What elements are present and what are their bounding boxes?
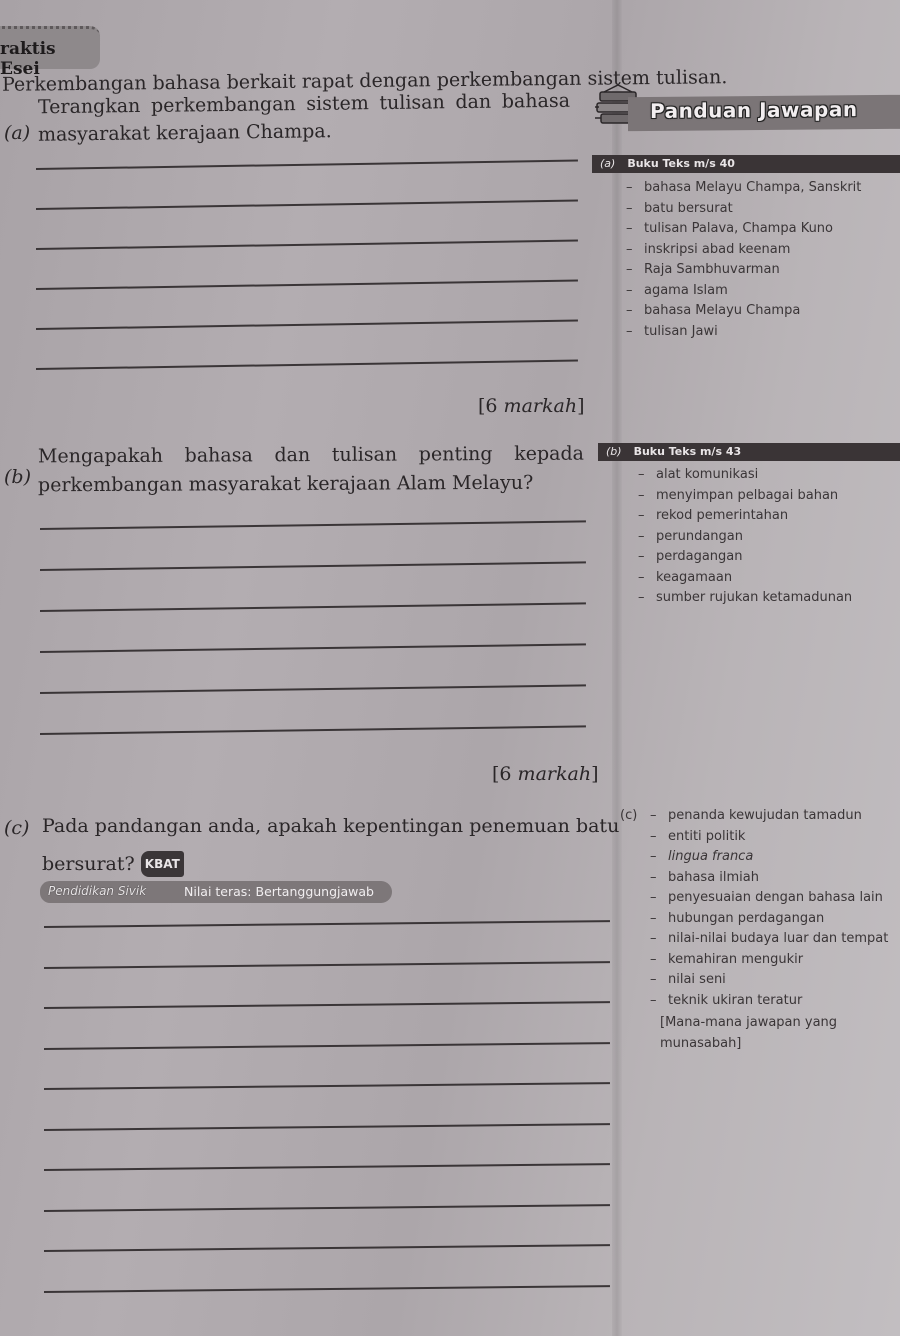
answer-b-item: –sumber rujukan ketamadunan	[638, 588, 852, 609]
dash-bullet: –	[626, 178, 644, 199]
answer-a-item: –Raja Sambhuvarman	[626, 260, 861, 281]
dash-bullet: –	[638, 506, 656, 527]
answer-c-item: –hubungan perdagangan	[650, 909, 888, 930]
answer-b-item-text: menyimpan pelbagai bahan	[656, 488, 838, 503]
question-b-text-line1: Mengapakahbahasadantulisanpentingkepada	[38, 442, 584, 469]
dash-bullet: –	[650, 868, 668, 889]
answer-line[interactable]	[36, 359, 578, 369]
answer-section-c-tag: (c)	[620, 806, 637, 827]
answer-a-item: –inskripsi abad keenam	[626, 240, 861, 261]
dash-bullet: –	[638, 547, 656, 568]
answer-c-item-text: nilai-nilai budaya luar dan tempat	[668, 931, 888, 946]
answer-b-item: –rekod pemerintahan	[638, 506, 852, 527]
answer-c-item: –penanda kewujudan tamadun	[650, 806, 888, 827]
answer-a-item-text: batu bersurat	[644, 201, 733, 216]
question-a-marks: [6 markah]	[478, 395, 584, 417]
answer-a-item-text: Raja Sambhuvarman	[644, 262, 780, 277]
answer-line[interactable]	[44, 1204, 610, 1211]
answer-a-item: –bahasa Melayu Champa, Sanskrit	[626, 178, 861, 199]
question-a-word: tulisan	[379, 90, 445, 115]
dash-bullet: –	[650, 991, 668, 1012]
question-a-label: (a)	[4, 121, 30, 145]
answer-section-b-tag: (b)	[606, 445, 622, 458]
answer-line[interactable]	[44, 920, 610, 927]
question-a-text-line1: Terangkanperkembangansistemtulisandanbah…	[38, 89, 570, 119]
dash-bullet: –	[626, 301, 644, 322]
question-c-text-line1: Pada pandangan anda, apakah kepentingan …	[42, 814, 619, 838]
dash-bullet: –	[638, 527, 656, 548]
answer-b-item: –keagamaan	[638, 568, 852, 589]
question-b-word: bahasa	[185, 443, 253, 467]
answer-guide-header: Panduan Jawapan	[590, 84, 900, 130]
dash-bullet: –	[626, 281, 644, 302]
answer-a-item: –batu bersurat	[626, 199, 861, 220]
page-fold-shadow	[612, 0, 622, 1336]
question-b-text-line2: perkembangan masyarakat kerajaan Alam Me…	[38, 471, 533, 498]
answer-b-item-text: sumber rujukan ketamadunan	[656, 590, 852, 605]
answer-line[interactable]	[44, 1285, 610, 1292]
answer-line[interactable]	[44, 1244, 610, 1251]
answer-b-item-text: alat komunikasi	[656, 467, 758, 482]
question-b-word: tulisan	[332, 443, 397, 467]
question-b-word: penting	[419, 442, 493, 466]
answer-line[interactable]	[44, 1123, 610, 1130]
answer-section-b-header: (b)Buku Teks m/s 43	[598, 443, 900, 461]
answer-b-item: –alat komunikasi	[638, 465, 852, 486]
dash-bullet: –	[650, 847, 668, 868]
answer-a-item: –tulisan Palava, Champa Kuno	[626, 219, 861, 240]
section-badge: raktis Esei	[0, 26, 100, 69]
question-c-line2-text: bersurat?	[42, 853, 135, 875]
dash-bullet: –	[626, 219, 644, 240]
answer-a-item: –tulisan Jawi	[626, 322, 861, 343]
answer-c-item-text: penyesuaian dengan bahasa lain	[668, 890, 883, 905]
dash-bullet: –	[626, 240, 644, 261]
answer-line[interactable]	[40, 684, 586, 693]
answer-a-item-text: tulisan Palava, Champa Kuno	[644, 221, 833, 236]
answer-c-item: –teknik ukiran teratur	[650, 991, 888, 1012]
answer-line[interactable]	[40, 643, 586, 652]
answer-b-item: –menyimpan pelbagai bahan	[638, 486, 852, 507]
answer-section-a-tag: (a)	[600, 157, 615, 170]
question-b-marks: [6 markah]	[492, 763, 598, 785]
answer-a-item-text: bahasa Melayu Champa	[644, 303, 800, 318]
answer-line[interactable]	[36, 319, 578, 329]
answer-c-note: [Mana-mana jawapan yang munasabah]	[660, 1013, 850, 1054]
answer-section-b-ref: Buku Teks m/s 43	[634, 445, 742, 458]
question-c-text-line2: bersurat? KBAT	[42, 851, 184, 877]
answer-section-a-header: (a)Buku Teks m/s 40	[592, 155, 900, 173]
answer-b-item-text: perundangan	[656, 529, 743, 544]
answer-line[interactable]	[40, 725, 586, 734]
answer-line[interactable]	[36, 279, 578, 289]
answer-a-item-text: agama Islam	[644, 283, 728, 298]
answer-line[interactable]	[40, 561, 586, 570]
answer-a-item: –agama Islam	[626, 281, 861, 302]
answer-c-item-text: entiti politik	[668, 829, 745, 844]
answer-b-item: –perdagangan	[638, 547, 852, 568]
answer-c-item: –penyesuaian dengan bahasa lain	[650, 888, 888, 909]
dash-bullet: –	[626, 199, 644, 220]
answer-a-item: –bahasa Melayu Champa	[626, 301, 861, 322]
answer-b-item: –perundangan	[638, 527, 852, 548]
answer-c-item-text: teknik ukiran teratur	[668, 993, 802, 1008]
dash-bullet: –	[650, 806, 668, 827]
question-b-word: Mengapakah	[38, 444, 163, 469]
civic-value: Nilai teras: Bertanggungjawab	[184, 884, 374, 899]
answer-c-item: –entiti politik	[650, 827, 888, 848]
answer-c-item-text: hubungan perdagangan	[668, 911, 824, 926]
answer-guide-banner: Panduan Jawapan	[628, 95, 900, 131]
answer-line[interactable]	[36, 159, 578, 169]
question-a-word: dan	[455, 90, 491, 114]
answer-c-item-text: penanda kewujudan tamadun	[668, 808, 862, 823]
answer-guide-title: Panduan Jawapan	[650, 97, 858, 123]
question-a-text-line2: masyarakat kerajaan Champa.	[38, 119, 332, 147]
answer-line[interactable]	[44, 961, 610, 968]
dash-bullet: –	[650, 827, 668, 848]
answer-line[interactable]	[44, 1082, 610, 1089]
question-c-label: (c)	[4, 816, 29, 840]
answer-a-item-text: inskripsi abad keenam	[644, 242, 790, 257]
answer-c-item-text: lingua franca	[668, 849, 753, 864]
dash-bullet: –	[626, 322, 644, 343]
dash-bullet: –	[650, 950, 668, 971]
answer-c-item: –bahasa ilmiah	[650, 868, 888, 889]
dash-bullet: –	[650, 970, 668, 991]
answer-line[interactable]	[44, 1001, 610, 1008]
answer-b-item-text: keagamaan	[656, 570, 732, 585]
answer-b-item-text: perdagangan	[656, 549, 743, 564]
answer-line[interactable]	[44, 1042, 610, 1049]
dash-bullet: –	[650, 929, 668, 950]
answer-c-item-text: kemahiran mengukir	[668, 952, 803, 967]
answer-line[interactable]	[44, 1163, 610, 1170]
answer-c-item: –nilai-nilai budaya luar dan tempat	[650, 929, 888, 950]
answer-line[interactable]	[40, 520, 586, 529]
civic-education-banner: Pendidikan Sivik Nilai teras: Bertanggun…	[40, 881, 392, 903]
dash-bullet: –	[638, 465, 656, 486]
question-a-word: sistem	[306, 91, 369, 116]
answer-a-item-text: tulisan Jawi	[644, 324, 718, 339]
answer-c-item: –kemahiran mengukir	[650, 950, 888, 971]
question-a-word: Terangkan	[38, 94, 141, 119]
answer-line[interactable]	[40, 602, 586, 611]
question-b-label: (b)	[4, 465, 31, 489]
dash-bullet: –	[626, 260, 644, 281]
answer-c-item-text: nilai seni	[668, 972, 726, 987]
answer-line[interactable]	[36, 239, 578, 249]
answer-section-a-list: –bahasa Melayu Champa, Sanskrit–batu ber…	[626, 178, 861, 342]
answer-section-a-ref: Buku Teks m/s 40	[627, 157, 735, 170]
question-b-word: dan	[274, 443, 310, 467]
dash-bullet: –	[650, 909, 668, 930]
answer-section-b-list: –alat komunikasi–menyimpan pelbagai baha…	[638, 465, 852, 609]
question-b-word: kepada	[514, 442, 584, 466]
answer-c-item: –lingua franca	[650, 847, 888, 868]
dash-bullet: –	[638, 588, 656, 609]
answer-line[interactable]	[36, 199, 578, 209]
answer-section-c-list: –penanda kewujudan tamadun–entiti politi…	[650, 806, 888, 1054]
kbat-badge: KBAT	[141, 851, 184, 877]
dash-bullet: –	[638, 486, 656, 507]
question-a-word: bahasa	[502, 89, 570, 114]
dash-bullet: –	[638, 568, 656, 589]
answer-b-item-text: rekod pemerintahan	[656, 508, 788, 523]
answer-c-item: –nilai seni	[650, 970, 888, 991]
civic-tag: Pendidikan Sivik	[48, 884, 146, 898]
question-a-word: perkembangan	[151, 92, 296, 118]
answer-c-item-text: bahasa ilmiah	[668, 870, 759, 885]
answer-a-item-text: bahasa Melayu Champa, Sanskrit	[644, 180, 861, 195]
dash-bullet: –	[650, 888, 668, 909]
